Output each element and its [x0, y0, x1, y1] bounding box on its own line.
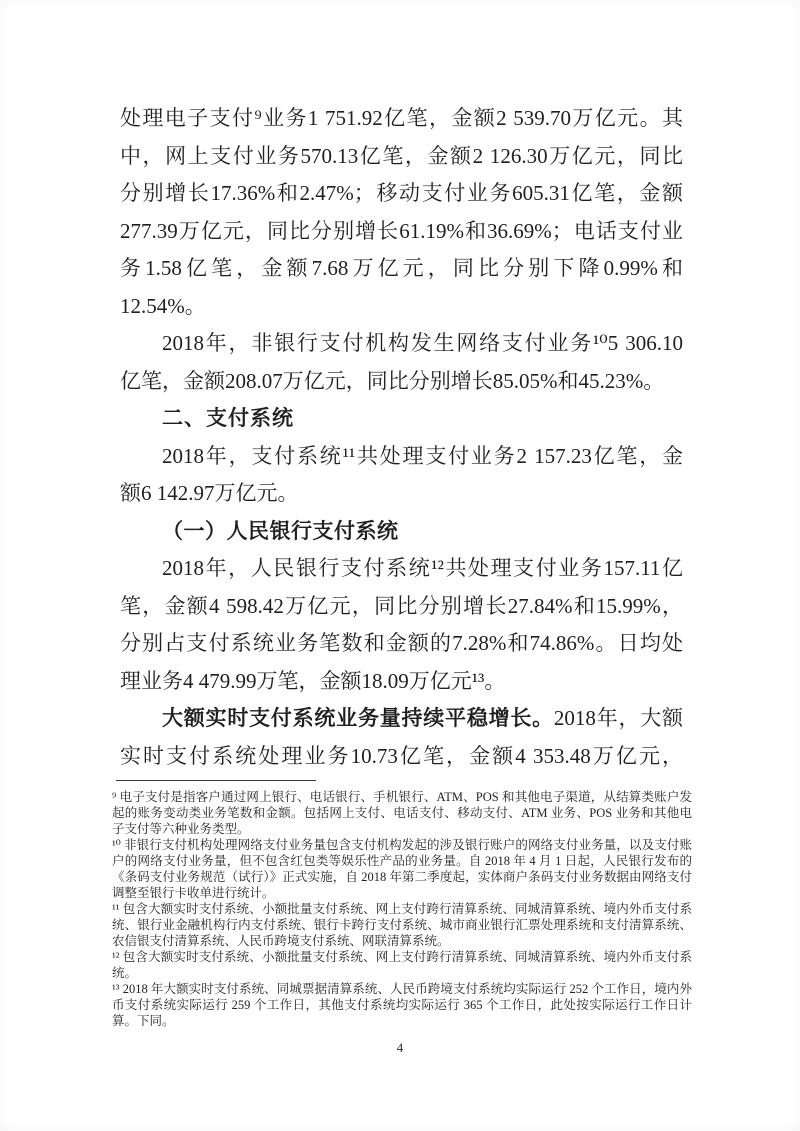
- paragraph: 处理电子支付⁹业务1 751.92亿笔，金额2 539.70万亿元。其中，网上支…: [120, 100, 683, 325]
- text-line: 实时支付系统处理业务10.73亿笔，金额4 353.48万亿元，: [120, 738, 683, 776]
- text-segment: 分别增长17.36%和2.47%；移动支付业务605.31亿笔，金额: [120, 181, 683, 205]
- bold-text-segment: （一）人民银行支付系统: [162, 520, 399, 543]
- text-segment: 处理电子支付⁹业务1 751.92亿笔，金额2 539.70万亿元。其: [120, 106, 683, 130]
- bold-text-segment: 二、支付系统: [162, 407, 294, 430]
- text-segment: 2018年，人民银行支付系统¹²共处理支付业务157.11亿: [162, 556, 683, 580]
- subsection-heading: （一）人民银行支付系统: [120, 513, 683, 551]
- text-line: 大额实时支付系统业务量持续平稳增长。2018年，大额: [120, 700, 683, 738]
- footnote: ¹³ 2018 年大额实时支付系统、同城票据清算系统、人民币跨境支付系统均实际运…: [112, 981, 692, 1029]
- text-segment: 分别占支付系统业务笔数和金额的7.28%和74.86%。日均处: [120, 631, 683, 655]
- text-segment: 277.39万亿元，同比分别增长61.19%和36.69%；电话支付业: [120, 219, 683, 243]
- text-segment: 笔，金额4 598.42万亿元，同比分别增长27.84%和15.99%，: [120, 594, 683, 618]
- paragraph: 2018年，人民银行支付系统¹²共处理支付业务157.11亿笔，金额4 598.…: [120, 550, 683, 700]
- bold-text-segment: 大额实时支付系统业务量持续平稳增长。: [162, 707, 554, 730]
- text-line: 2018年，人民银行支付系统¹²共处理支付业务157.11亿: [120, 550, 683, 588]
- document-page: 处理电子支付⁹业务1 751.92亿笔，金额2 539.70万亿元。其中，网上支…: [0, 0, 800, 1131]
- text-line: 笔，金额4 598.42万亿元，同比分别增长27.84%和15.99%，: [120, 588, 683, 626]
- footnote: ¹¹ 包含大额实时支付系统、小额批量支付系统、网上支付跨行清算系统、同城清算系统…: [112, 901, 692, 949]
- text-line: 亿笔，金额208.07万亿元，同比分别增长85.05%和45.23%。: [120, 363, 683, 401]
- text-line: 理业务4 479.99万笔，金额18.09万亿元¹³。: [120, 663, 683, 701]
- body-text: 处理电子支付⁹业务1 751.92亿笔，金额2 539.70万亿元。其中，网上支…: [120, 100, 683, 775]
- text-line: 务1.58亿笔，金额7.68万亿元，同比分别下降0.99%和: [120, 250, 683, 288]
- text-line: 分别占支付系统业务笔数和金额的7.28%和74.86%。日均处: [120, 625, 683, 663]
- text-segment: 额6 142.97万亿元。: [120, 481, 299, 505]
- text-segment: 理业务4 479.99万笔，金额18.09万亿元¹³。: [120, 669, 505, 693]
- text-segment: 中，网上支付业务570.13亿笔，金额2 126.30万亿元，同比: [120, 144, 683, 168]
- text-segment: 实时支付系统处理业务10.73亿笔，金额4 353.48万亿元，: [120, 744, 683, 768]
- text-segment: 2018年，非银行支付机构发生网络支付业务¹⁰5 306.10: [162, 331, 683, 355]
- paragraph: 大额实时支付系统业务量持续平稳增长。2018年，大额实时支付系统处理业务10.7…: [120, 700, 683, 775]
- footnote: ⁹ 电子支付是指客户通过网上银行、电话银行、手机银行、ATM、POS 和其他电子…: [112, 789, 692, 837]
- text-line: 分别增长17.36%和2.47%；移动支付业务605.31亿笔，金额: [120, 175, 683, 213]
- footnote-list: ⁹ 电子支付是指客户通过网上银行、电话银行、手机银行、ATM、POS 和其他电子…: [112, 789, 692, 1029]
- footnote-section: ⁹ 电子支付是指客户通过网上银行、电话银行、手机银行、ATM、POS 和其他电子…: [112, 780, 692, 1029]
- text-line: 处理电子支付⁹业务1 751.92亿笔，金额2 539.70万亿元。其: [120, 100, 683, 138]
- text-line: 额6 142.97万亿元。: [120, 475, 683, 513]
- text-line: 2018年，非银行支付机构发生网络支付业务¹⁰5 306.10: [120, 325, 683, 363]
- page-number: 4: [0, 1040, 800, 1056]
- text-line: （一）人民银行支付系统: [120, 513, 683, 551]
- text-segment: 2018年，大额: [554, 706, 683, 730]
- section-heading: 二、支付系统: [120, 400, 683, 438]
- text-line: 中，网上支付业务570.13亿笔，金额2 126.30万亿元，同比: [120, 138, 683, 176]
- text-segment: 务1.58亿笔，金额7.68万亿元，同比分别下降0.99%和: [120, 256, 683, 280]
- paragraph: 2018年，非银行支付机构发生网络支付业务¹⁰5 306.10亿笔，金额208.…: [120, 325, 683, 400]
- text-segment: 2018年，支付系统¹¹共处理支付业务2 157.23亿笔，金: [162, 444, 683, 468]
- text-line: 2018年，支付系统¹¹共处理支付业务2 157.23亿笔，金: [120, 438, 683, 476]
- text-segment: 12.54%。: [120, 294, 206, 318]
- text-line: 12.54%。: [120, 288, 683, 326]
- footnote-separator: [116, 780, 316, 781]
- footnote: ¹² 包含大额实时支付系统、小额批量支付系统、网上支付跨行清算系统、同城清算系统…: [112, 949, 692, 981]
- paragraph: 2018年，支付系统¹¹共处理支付业务2 157.23亿笔，金额6 142.97…: [120, 438, 683, 513]
- text-line: 二、支付系统: [120, 400, 683, 438]
- text-line: 277.39万亿元，同比分别增长61.19%和36.69%；电话支付业: [120, 213, 683, 251]
- footnote: ¹⁰ 非银行支付机构处理网络支付业务量包含支付机构发起的涉及银行账户的网络支付业…: [112, 837, 692, 901]
- text-segment: 亿笔，金额208.07万亿元，同比分别增长85.05%和45.23%。: [120, 369, 664, 393]
